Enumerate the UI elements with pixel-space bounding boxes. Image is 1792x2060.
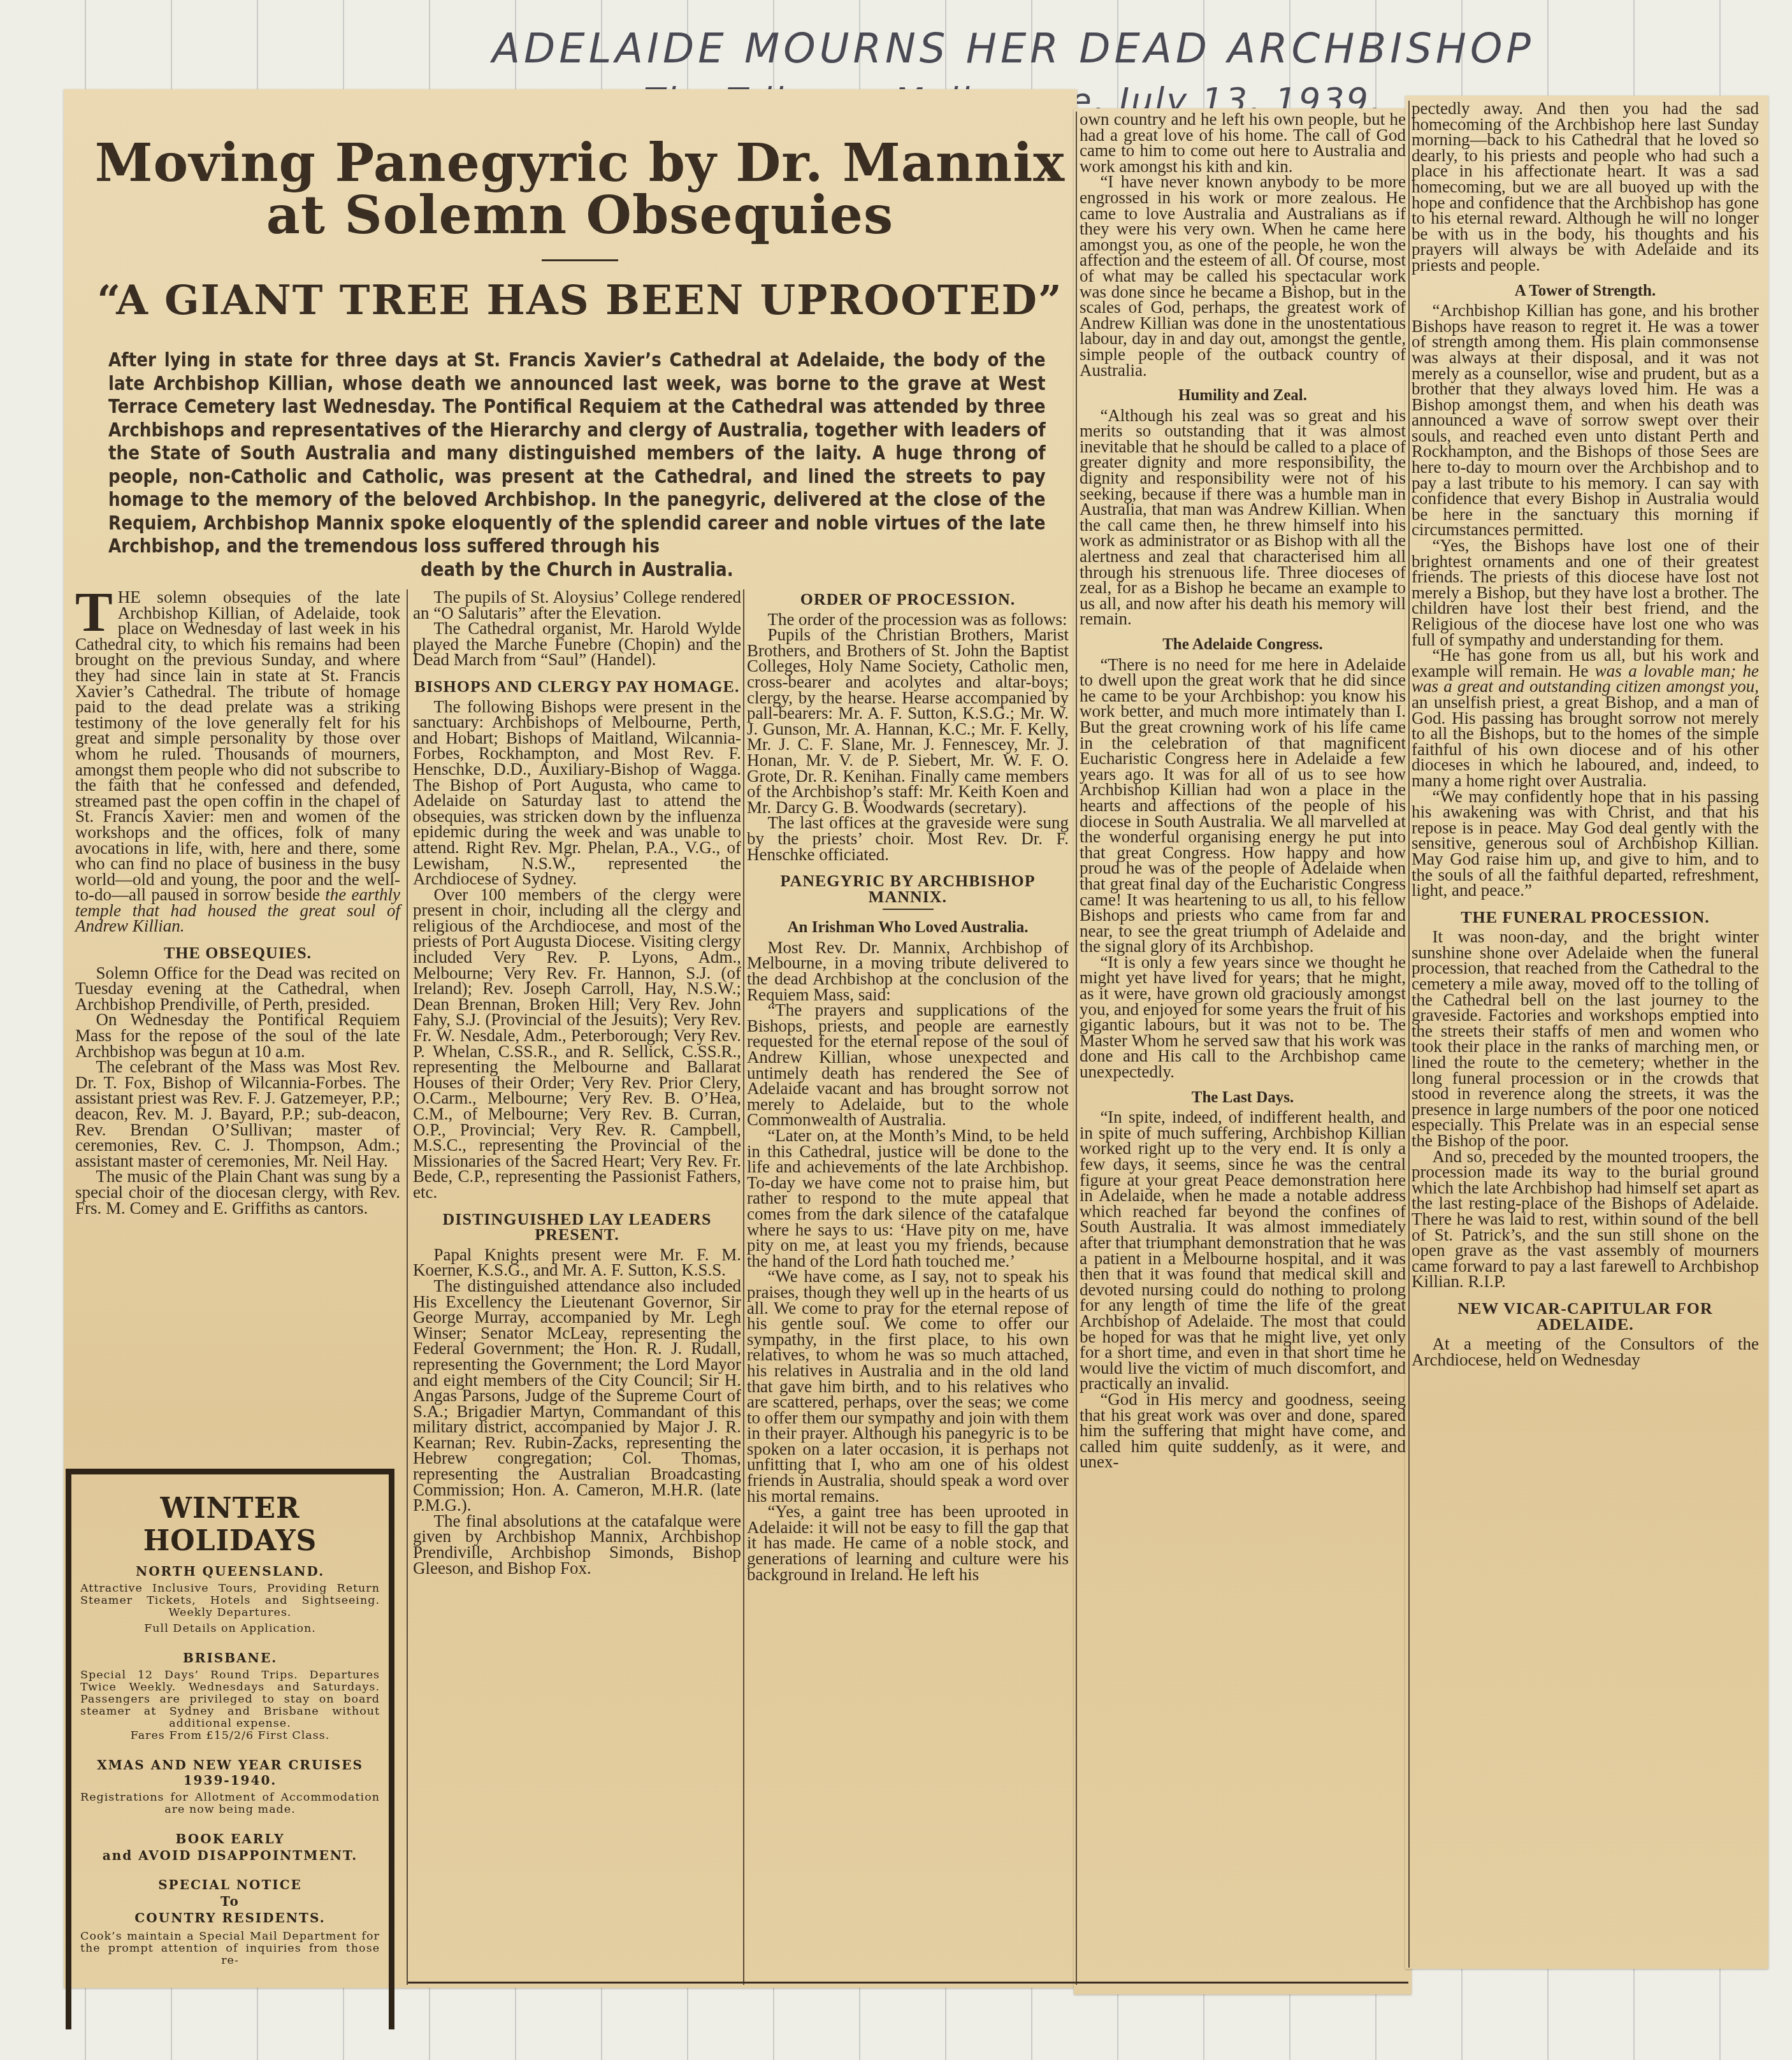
- paragraph: Papal Knights present were Mr. F. M. Koe…: [413, 1247, 741, 1278]
- drop-cap: T: [75, 591, 113, 635]
- column-divider: [1408, 101, 1410, 1968]
- ad-text: Special 12 Days’ Round Trips. Departures…: [80, 1669, 380, 1730]
- ad-fares: Fares From £15/2/6 First Class.: [80, 1730, 380, 1742]
- bottom-rule: [408, 1982, 1408, 1984]
- paragraph: The Cathedral organist, Mr. Harold Wylde…: [413, 621, 741, 668]
- article-headline: Moving Panegyric by Dr. Mannix at Solemn…: [83, 137, 1077, 241]
- ad-text: Cook’s maintain a Special Mail Departmen…: [80, 1931, 380, 1967]
- paragraph: The final absolutions at the catafalque …: [413, 1513, 741, 1576]
- section-heading-vicar: NEW VICAR-CAPITULAR FOR ADELAIDE.: [1412, 1301, 1759, 1332]
- paragraph: The celebrant of the Mass was Most Rev. …: [75, 1059, 400, 1169]
- ad-years: 1939-1940.: [80, 1773, 380, 1788]
- article-headline-block: Moving Panegyric by Dr. Mannix at Solemn…: [83, 137, 1077, 321]
- subheading-last-days: The Last Days.: [1080, 1090, 1406, 1106]
- paragraph: The music of the Plain Chant was sung by…: [75, 1169, 400, 1216]
- subheading-congress: The Adelaide Congress.: [1080, 637, 1406, 653]
- section-heading-homage: BISHOPS AND CLERGY PAY HOMAGE.: [413, 679, 741, 695]
- ad-text: Attractive Inclusive Tours, Providing Re…: [80, 1583, 380, 1619]
- section-heading-obsequies: THE OBSEQUIES.: [75, 946, 400, 962]
- paragraph: “It is only a few years since we thought…: [1080, 954, 1406, 1080]
- paragraph: Pupils of the Christian Brothers, Marist…: [747, 627, 1069, 815]
- column-5: pectedly away. And then you had the sad …: [1412, 101, 1759, 1367]
- headline-divider: [542, 259, 618, 261]
- ad-notice-to: To: [80, 1894, 380, 1909]
- divider: [883, 909, 934, 910]
- paragraph: “Yes, the Bishops have lost one of their…: [1412, 538, 1759, 647]
- section-heading-panegyric: PANEGYRIC BY ARCHBISHOP MANNIX.: [747, 874, 1069, 905]
- annotation-title: ADELAIDE MOURNS HER DEAD ARCHBISHOP: [440, 25, 1587, 73]
- paragraph: “He has gone from us all, but his work a…: [1412, 647, 1759, 788]
- section-heading-funeral: THE FUNERAL PROCESSION.: [1412, 910, 1759, 926]
- paragraph: “Although his zeal was so great and his …: [1080, 408, 1406, 627]
- ad-book-early: BOOK EARLY: [80, 1831, 380, 1847]
- paragraph: “Yes, a gaint tree has been uprooted in …: [747, 1504, 1069, 1582]
- ad-heading: NORTH QUEENSLAND.: [80, 1564, 380, 1579]
- intro-text: After lying in state for three days at S…: [108, 349, 1046, 559]
- column-4: own country and he left his own people, …: [1080, 112, 1406, 1470]
- ad-avoid: and AVOID DISAPPOINTMENT.: [80, 1848, 380, 1863]
- paragraph: “God in His mercy and goodness, seeing t…: [1080, 1392, 1406, 1470]
- paragraph: Most Rev. Dr. Mannix, Archbishop of Melb…: [747, 940, 1069, 1002]
- paragraph: The pupils of St. Aloysius’ College rend…: [413, 589, 741, 621]
- subheading-irishman: An Irishman Who Loved Australia.: [747, 920, 1069, 936]
- paragraph: pectedly away. And then you had the sad …: [1412, 101, 1759, 273]
- paragraph: The following Bishops were present in th…: [413, 699, 741, 887]
- ad-title: WINTER HOLIDAYS: [80, 1492, 380, 1557]
- paragraph: Solemn Office for the Dead was recited o…: [75, 965, 400, 1012]
- paragraph: And so, preceded by the mounted troopers…: [1412, 1149, 1759, 1290]
- paragraph: “In spite, indeed, of indifferent health…: [1080, 1109, 1406, 1392]
- paragraph: The distinguished attendance also includ…: [413, 1278, 741, 1513]
- column-divider: [743, 589, 744, 1985]
- subheading-tower: A Tower of Strength.: [1412, 284, 1759, 299]
- article-subheadline: “A GIANT TREE HAS BEEN UPROOTED”: [83, 280, 1077, 321]
- paragraph: “Later on, at the Month’s Mind, to be he…: [747, 1128, 1069, 1269]
- paragraph: “We may confidently hope that in his pas…: [1412, 789, 1759, 898]
- paragraph: “Archbishop Killian has gone, and his br…: [1412, 303, 1759, 538]
- section-heading-order: ORDER OF PROCESSION.: [747, 592, 1069, 608]
- ad-heading: XMAS AND NEW YEAR CRUISES: [80, 1757, 380, 1773]
- ad-text: Full Details on Application.: [80, 1623, 380, 1635]
- ad-notice-who: COUNTRY RESIDENTS.: [80, 1910, 380, 1926]
- paragraph: “I have never known anybody to be more e…: [1080, 174, 1406, 378]
- paragraph: The last offices at the graveside were s…: [747, 815, 1069, 862]
- paragraph: “There is no need for me here in Adelaid…: [1080, 657, 1406, 954]
- ad-heading: BRISBANE.: [80, 1650, 380, 1666]
- subheading-humility: Humility and Zeal.: [1080, 388, 1406, 404]
- ad-notice-heading: SPECIAL NOTICE: [80, 1877, 380, 1892]
- column-2: The pupils of St. Aloysius’ College rend…: [413, 589, 741, 1576]
- article-intro: After lying in state for three days at S…: [108, 349, 1046, 582]
- column-1: THE solemn obsequies of the late Archbis…: [75, 589, 400, 1216]
- paragraph: It was noon-day, and the bright winter s…: [1412, 929, 1759, 1148]
- winter-holidays-advertisement: WINTER HOLIDAYS NORTH QUEENSLAND. Attrac…: [66, 1469, 394, 2029]
- section-heading-lay-leaders: DISTINGUISHED LAY LEADERS PRESENT.: [413, 1212, 741, 1243]
- column-3: ORDER OF PROCESSION. The order of the pr…: [747, 589, 1069, 1582]
- paragraph: Over 100 members of the clergy were pres…: [413, 887, 741, 1200]
- paragraph: “We have come, as I say, not to speak hi…: [747, 1269, 1069, 1504]
- paragraph: “The prayers and supplications of the Bi…: [747, 1002, 1069, 1128]
- intro-last-line: death by the Church in Australia.: [108, 559, 1046, 582]
- ad-text: Registrations for Allotment of Accommoda…: [80, 1792, 380, 1816]
- paragraph: HE solemn obsequies of the late Archbish…: [75, 587, 400, 904]
- paragraph: At a meeting of the Consultors of the Ar…: [1412, 1336, 1759, 1367]
- column-divider: [1076, 112, 1077, 1985]
- column-divider: [407, 589, 408, 1985]
- paragraph: On Wednesday the Pontifical Requiem Mass…: [75, 1012, 400, 1059]
- paragraph: own country and he left his own people, …: [1080, 112, 1406, 174]
